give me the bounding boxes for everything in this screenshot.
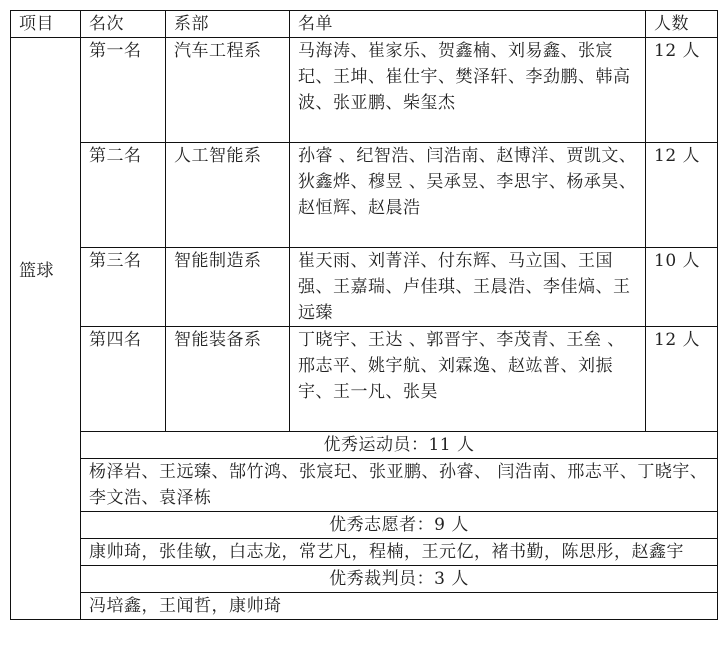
table-row: 篮球 第一名 汽车工程系 马海涛、崔家乐、贺鑫楠、刘易鑫、张宸玘、王坤、崔仕宇、…: [11, 38, 718, 143]
rank-cell: 第一名: [81, 38, 166, 143]
section-names-row: 冯培鑫，王闻哲，康帅琦: [11, 593, 718, 620]
table-row: 第二名 人工智能系 孙睿 、纪智浩、闫浩南、赵博洋、贾凯文、狄鑫烨、穆昱 、吴承…: [11, 143, 718, 248]
header-department: 系部: [166, 11, 290, 38]
section-title-row: 优秀裁判员：3 人: [11, 566, 718, 593]
outstanding-volunteers-names: 康帅琦，张佳敏，白志龙，常艺凡，程楠，王元亿，褚书勤，陈思彤，赵鑫宇: [81, 539, 718, 566]
header-project: 项目: [11, 11, 81, 38]
header-row: 项目 名次 系部 名单 人数: [11, 11, 718, 38]
rank-cell: 第三名: [81, 248, 166, 327]
department-cell: 智能制造系: [166, 248, 290, 327]
outstanding-referees-names: 冯培鑫，王闻哲，康帅琦: [81, 593, 718, 620]
names-cell: 马海涛、崔家乐、贺鑫楠、刘易鑫、张宸玘、王坤、崔仕宇、樊泽轩、李劲鹏、韩高波、张…: [290, 38, 646, 143]
header-list: 名单: [290, 11, 646, 38]
names-cell: 崔天雨、刘菁洋、付东辉、马立国、王国强、王嘉瑞、卢佳琪、王晨浩、李佳熇、王远臻: [290, 248, 646, 327]
awards-table: 项目 名次 系部 名单 人数 篮球 第一名 汽车工程系 马海涛、崔家乐、贺鑫楠、…: [10, 10, 718, 620]
header-rank: 名次: [81, 11, 166, 38]
count-cell: 12 人: [646, 38, 718, 143]
header-count: 人数: [646, 11, 718, 38]
table-row: 第三名 智能制造系 崔天雨、刘菁洋、付东辉、马立国、王国强、王嘉瑞、卢佳琪、王晨…: [11, 248, 718, 327]
count-cell: 12 人: [646, 327, 718, 432]
rank-cell: 第四名: [81, 327, 166, 432]
count-cell: 12 人: [646, 143, 718, 248]
department-cell: 汽车工程系: [166, 38, 290, 143]
names-cell: 孙睿 、纪智浩、闫浩南、赵博洋、贾凯文、狄鑫烨、穆昱 、吴承昱、李思宇、杨承昊、…: [290, 143, 646, 248]
project-cell: 篮球: [11, 38, 81, 620]
count-cell: 10 人: [646, 248, 718, 327]
department-cell: 智能装备系: [166, 327, 290, 432]
section-names-row: 杨泽岩、王远臻、郜竹鸿、张宸玘、张亚鹏、孙睿、 闫浩南、邢志平、丁晓宇、李文浩、…: [11, 459, 718, 512]
outstanding-athletes-title: 优秀运动员：11 人: [81, 432, 718, 459]
outstanding-volunteers-title: 优秀志愿者：9 人: [81, 512, 718, 539]
outstanding-referees-title: 优秀裁判员：3 人: [81, 566, 718, 593]
department-cell: 人工智能系: [166, 143, 290, 248]
section-title-row: 优秀志愿者：9 人: [11, 512, 718, 539]
rank-cell: 第二名: [81, 143, 166, 248]
names-cell: 丁晓宇、王达 、郭晋宇、李茂青、王垒 、邢志平、姚宇航、刘霖逸、赵竑普、刘振宇、…: [290, 327, 646, 432]
section-title-row: 优秀运动员：11 人: [11, 432, 718, 459]
outstanding-athletes-names: 杨泽岩、王远臻、郜竹鸿、张宸玘、张亚鹏、孙睿、 闫浩南、邢志平、丁晓宇、李文浩、…: [81, 459, 718, 512]
section-names-row: 康帅琦，张佳敏，白志龙，常艺凡，程楠，王元亿，褚书勤，陈思彤，赵鑫宇: [11, 539, 718, 566]
table-row: 第四名 智能装备系 丁晓宇、王达 、郭晋宇、李茂青、王垒 、邢志平、姚宇航、刘霖…: [11, 327, 718, 432]
